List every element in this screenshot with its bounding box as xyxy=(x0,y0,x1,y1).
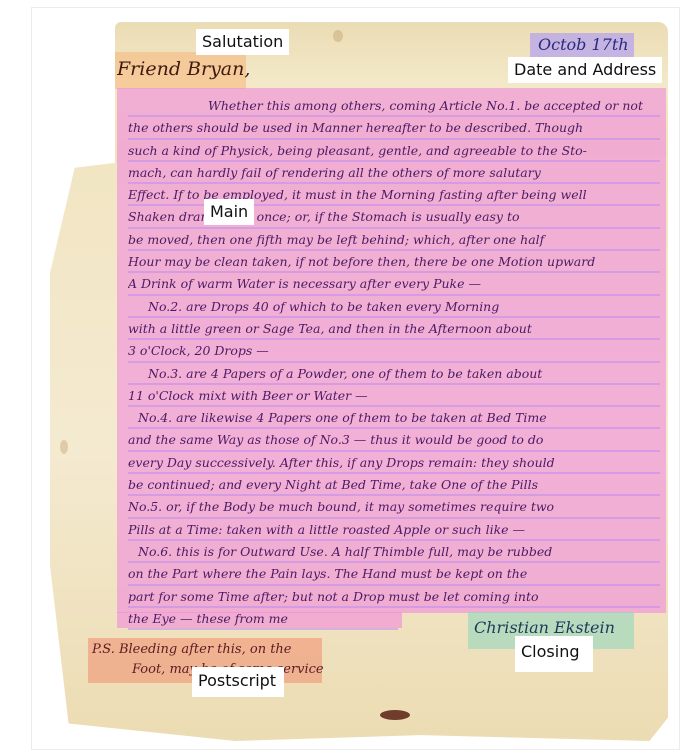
faded-reverse-writing xyxy=(420,690,424,706)
main-line: Pills at a Time: taken with a little roa… xyxy=(128,519,660,541)
main-line: No.2. are Drops 40 of which to be taken … xyxy=(128,296,660,318)
main-line: part for some Time after; but not a Drop… xyxy=(128,586,660,608)
main-line: 3 o'Clock, 20 Drops — xyxy=(128,340,660,362)
postscript-line: P.S. Bleeding after this, on the xyxy=(92,640,324,660)
label-postscript: Postscript xyxy=(192,667,284,697)
main-line: Whether this among others, coming Articl… xyxy=(128,95,660,117)
main-line: No.5. or, if the Body be much bound, it … xyxy=(128,496,660,518)
label-main: Main xyxy=(204,199,254,225)
date-text: Octob 17th xyxy=(538,35,629,54)
main-line: 11 o'Clock mixt with Beer or Water — xyxy=(128,385,660,407)
region-date-and-address: Octob 17th xyxy=(530,33,634,59)
main-line: on the Part where the Pain lays. The Han… xyxy=(128,563,660,585)
main-line: Hour may be clean taken, if not before t… xyxy=(128,251,660,273)
paper-stain xyxy=(60,440,68,454)
faded-reverse-writing xyxy=(140,700,144,716)
main-line: be continued; and every Night at Bed Tim… xyxy=(128,474,660,496)
label-date-and-address: Date and Address xyxy=(508,57,662,83)
salutation-text: Friend Bryan, xyxy=(117,58,250,80)
main-line: be moved, then one fifth may be left beh… xyxy=(128,229,660,251)
main-line: such a kind of Physick, being pleasant, … xyxy=(128,140,660,162)
paper-stain xyxy=(333,30,343,42)
label-salutation: Salutation xyxy=(196,29,289,55)
main-line: No.3. are 4 Papers of a Powder, one of t… xyxy=(128,363,660,385)
ink-blot xyxy=(380,710,410,720)
main-line: No.6. this is for Outward Use. A half Th… xyxy=(128,541,660,563)
region-salutation: Friend Bryan, xyxy=(115,52,246,89)
main-line: mach, can hardly fail of rendering all t… xyxy=(128,162,660,184)
main-line: No.4. are likewise 4 Papers one of them … xyxy=(128,407,660,429)
main-line: the Eye — these from me xyxy=(128,608,398,630)
main-body-text: Whether this among others, coming Articl… xyxy=(128,95,660,630)
label-closing: Closing xyxy=(515,636,593,672)
main-line: the others should be used in Manner here… xyxy=(128,117,660,139)
main-line: every Day successively. After this, if a… xyxy=(128,452,660,474)
main-line: and the same Way as those of No.3 — thus… xyxy=(128,429,660,451)
main-line: A Drink of warm Water is necessary after… xyxy=(128,273,660,295)
main-line: with a little green or Sage Tea, and the… xyxy=(128,318,660,340)
closing-signature: Christian Ekstein xyxy=(474,618,615,637)
